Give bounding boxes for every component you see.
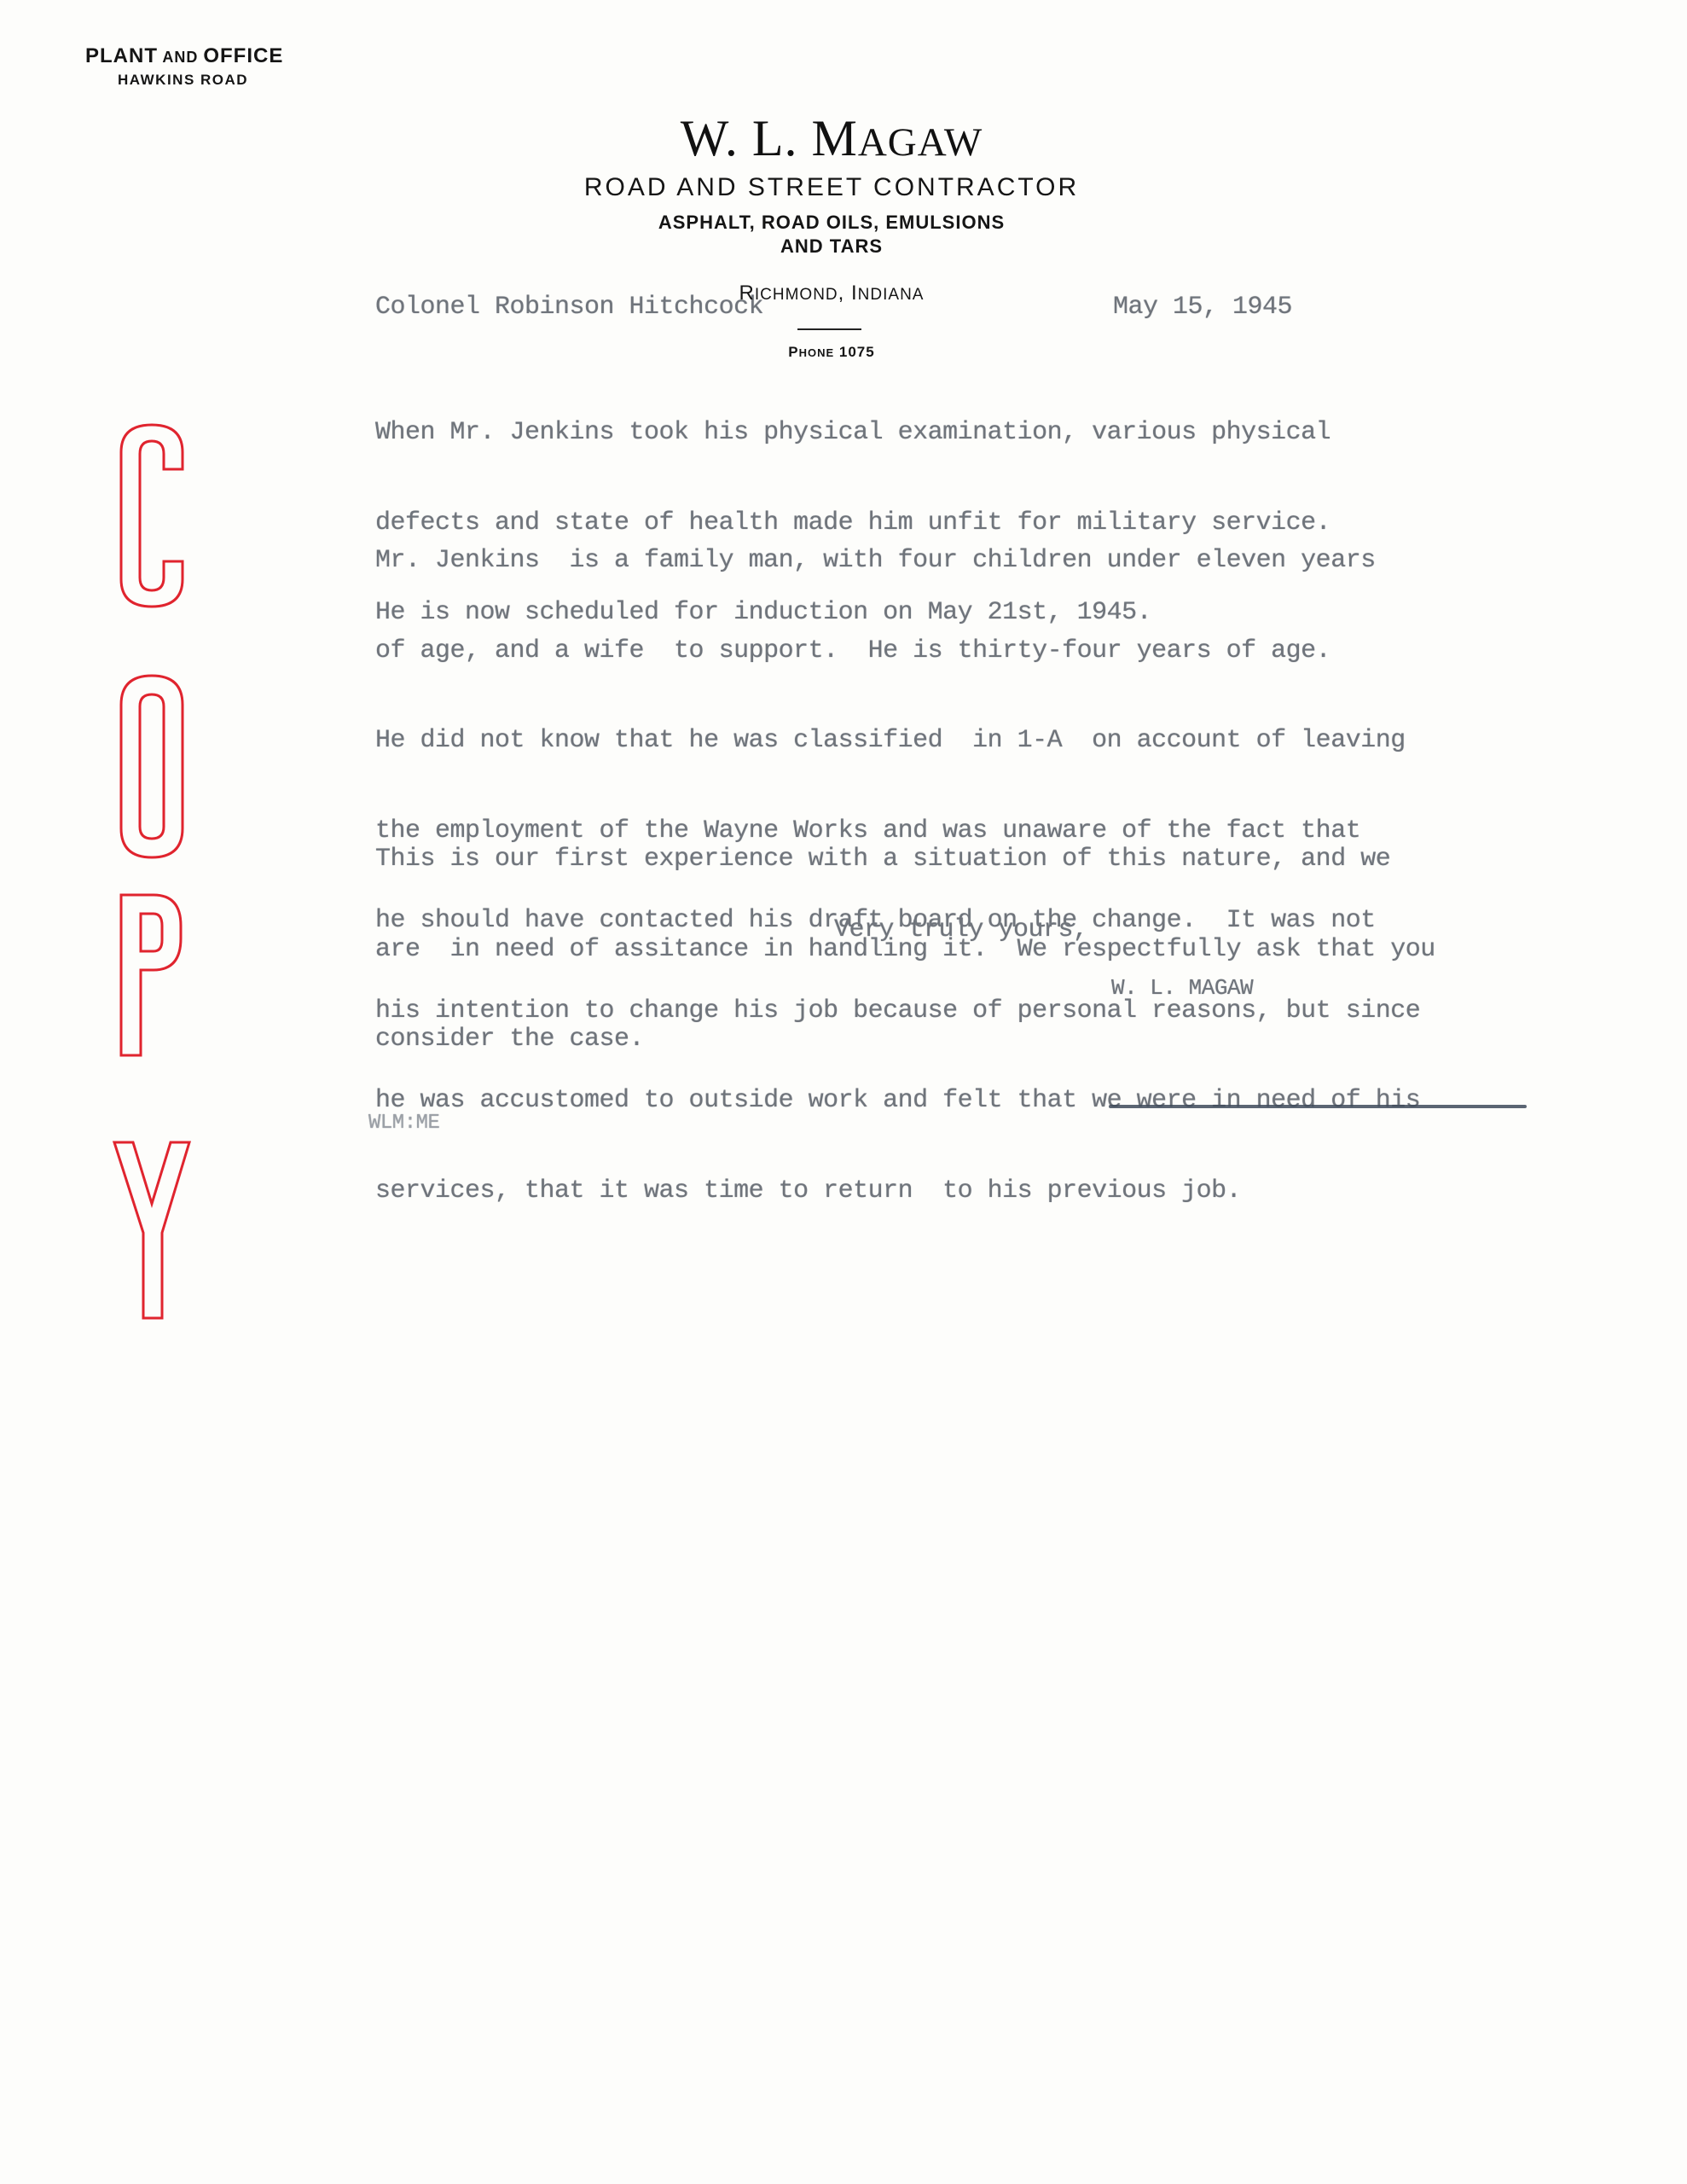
paragraph-line: He did not know that he was classified i… [375, 726, 1420, 758]
copy-letter-y-icon [111, 1139, 196, 1322]
paragraph-line: This is our first experience with a situ… [375, 845, 1435, 877]
copy-stamp-letter-p [111, 892, 192, 1062]
company-tagline: ROAD AND STREET CONTRACTOR [0, 173, 1663, 202]
paragraph-line: services, that it was time to return to … [375, 1176, 1420, 1209]
company-phone: PHONE 1075 [0, 344, 1663, 361]
products-line-1: ASPHALT, ROAD OILS, EMULSIONS [0, 212, 1663, 234]
company-city: RICHMOND, INDIANA [0, 282, 1663, 305]
paragraph-line: of age, and a wife to support. He is thi… [375, 636, 1420, 669]
paragraph-line: he was accustomed to outside work and fe… [375, 1086, 1420, 1118]
copy-stamp-letter-o [111, 671, 192, 863]
letterhead-address: HAWKINS ROAD [118, 72, 248, 89]
copy-letter-p-icon [111, 892, 192, 1062]
letterhead-plant-and-office: PLANT AND OFFICE [85, 44, 283, 68]
paragraph-line: Mr. Jenkins is a family man, with four c… [375, 546, 1420, 578]
copy-letter-o-icon [111, 671, 192, 863]
copy-letter-c-icon [111, 420, 192, 612]
copy-stamp-letter-c [111, 420, 192, 612]
signature-line [1109, 1105, 1527, 1108]
paragraph-line: When Mr. Jenkins took his physical exami… [375, 418, 1330, 450]
company-name: W. L. MAGAW [0, 109, 1663, 168]
signer-name: W. L. MAGAW [1111, 975, 1253, 1001]
reference-initials: WLM:ME [368, 1112, 439, 1135]
copy-stamp-letter-y [111, 1139, 192, 1322]
closing: Very truly yours, [834, 915, 1088, 944]
letterhead-divider [797, 328, 861, 330]
paragraph-line: consider the case. [375, 1025, 1435, 1057]
products-line-2: AND TARS [0, 235, 1663, 258]
